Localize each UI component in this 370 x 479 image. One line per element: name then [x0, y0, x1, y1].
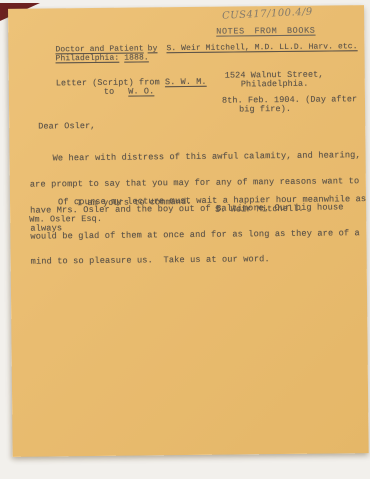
scanned-letter-page: CUS417/100.4/9 NOTES FROM BOOKS Doctor a…: [0, 0, 370, 479]
dateline-line-2: big fire).: [239, 105, 291, 114]
letter-to-label: to: [104, 87, 115, 97]
body-line: mind to so pleasure us. Take us at our w…: [31, 254, 362, 266]
handwritten-reference-number: CUS417/100.4/9: [222, 5, 342, 21]
addressee-line: Wm. Osler Esq.: [29, 215, 102, 224]
body-line: We hear with distress of this awful cala…: [30, 151, 361, 163]
address-line-2: Philadelphia.: [241, 80, 309, 89]
letter-to-line: toW. O.: [104, 87, 155, 96]
salutation: Dear Osler,: [38, 122, 95, 131]
book-by-word: by: [148, 44, 158, 53]
letter-to-initials: W. O.: [128, 86, 154, 96]
collection-heading: NOTES FROM BOOKS: [216, 27, 315, 37]
letter-from-initials: S. W. M.: [165, 77, 207, 87]
letter-paper: CUS417/100.4/9 NOTES FROM BOOKS Doctor a…: [8, 5, 369, 457]
book-author: S. Weir Mitchell, M.D. LL.D. Harv. etc.: [166, 42, 357, 53]
book-imprint-line: Philadelphia:1888.: [55, 54, 148, 64]
signature: S. Weir Mitchell.: [215, 205, 304, 215]
closing-line: I am yours to command.: [77, 198, 192, 208]
book-place: Philadelphia:: [55, 54, 119, 64]
book-year: 1888.: [124, 53, 149, 62]
